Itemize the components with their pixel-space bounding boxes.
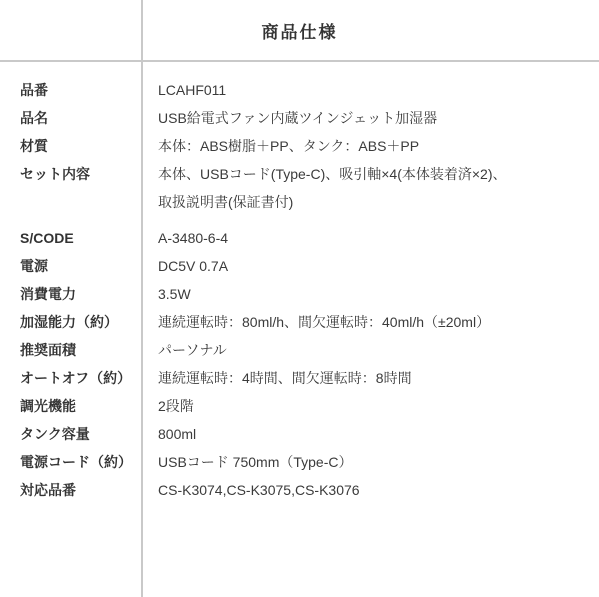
- spec-label: 品番: [0, 76, 141, 104]
- spec-value: 本体：ABS樹脂＋PP、タンク：ABS＋PP: [141, 132, 599, 160]
- spec-label: 電源コード（約）: [0, 448, 141, 476]
- spec-value: USB給電式ファン内蔵ツインジェット加湿器: [141, 104, 599, 132]
- spec-value: LCAHF011: [141, 76, 599, 104]
- spec-label: 推奨面積: [0, 336, 141, 364]
- spec-label: タンク容量: [0, 420, 141, 448]
- spec-row: セット内容 本体、USBコード(Type-C)、吸引軸×4(本体装着済×2)、 …: [0, 160, 599, 216]
- spec-value: 連続運転時：4時間、間欠運転時：8時間: [141, 364, 599, 392]
- spec-row: 材質 本体：ABS樹脂＋PP、タンク：ABS＋PP: [0, 132, 599, 160]
- spec-label: 消費電力: [0, 280, 141, 308]
- spec-value: USBコード 750mm（Type-C）: [141, 448, 599, 476]
- spec-row: 調光機能 2段階: [0, 392, 599, 420]
- spec-row: 対応品番 CS-K3074,CS-K3075,CS-K3076: [0, 476, 599, 504]
- spec-row: 品番 LCAHF011: [0, 76, 599, 104]
- spec-row: 電源 DC5V 0.7A: [0, 252, 599, 280]
- page-title: 商品仕様: [262, 18, 338, 43]
- spec-label: 電源: [0, 252, 141, 280]
- spec-sheet-header: 商品仕様: [0, 0, 599, 62]
- spec-value: A-3480-6-4: [141, 224, 599, 252]
- spec-label: 材質: [0, 132, 141, 160]
- spec-sheet-page: 商品仕様 品番 LCAHF011 品名 USB給電式ファン内蔵ツインジェット加湿…: [0, 0, 599, 597]
- spec-row: オートオフ（約） 連続運転時：4時間、間欠運転時：8時間: [0, 364, 599, 392]
- vertical-divider: [141, 0, 143, 597]
- spec-label: オートオフ（約）: [0, 364, 141, 392]
- spec-row: 推奨面積 パーソナル: [0, 336, 599, 364]
- spec-row: S/CODE A-3480-6-4: [0, 224, 599, 252]
- spec-label: 加湿能力（約）: [0, 308, 141, 336]
- spec-value: 連続運転時：80ml/h、間欠運転時：40ml/h（±20ml）: [141, 308, 599, 336]
- spec-value: 本体、USBコード(Type-C)、吸引軸×4(本体装着済×2)、 取扱説明書(…: [141, 160, 599, 216]
- spec-row: 消費電力 3.5W: [0, 280, 599, 308]
- spec-table: 品番 LCAHF011 品名 USB給電式ファン内蔵ツインジェット加湿器 材質 …: [0, 62, 599, 504]
- spec-label: 調光機能: [0, 392, 141, 420]
- spec-row: 加湿能力（約） 連続運転時：80ml/h、間欠運転時：40ml/h（±20ml）: [0, 308, 599, 336]
- spec-row: タンク容量 800ml: [0, 420, 599, 448]
- spec-row: 品名 USB給電式ファン内蔵ツインジェット加湿器: [0, 104, 599, 132]
- spec-label: S/CODE: [0, 224, 141, 252]
- spec-value: 3.5W: [141, 280, 599, 308]
- spec-value: CS-K3074,CS-K3075,CS-K3076: [141, 476, 599, 504]
- spec-row: 電源コード（約） USBコード 750mm（Type-C）: [0, 448, 599, 476]
- spec-value: 2段階: [141, 392, 599, 420]
- spec-label: 対応品番: [0, 476, 141, 504]
- spec-value: 800ml: [141, 420, 599, 448]
- spec-value: パーソナル: [141, 336, 599, 364]
- spec-label: 品名: [0, 104, 141, 132]
- spec-value: DC5V 0.7A: [141, 252, 599, 280]
- spec-label: セット内容: [0, 160, 141, 188]
